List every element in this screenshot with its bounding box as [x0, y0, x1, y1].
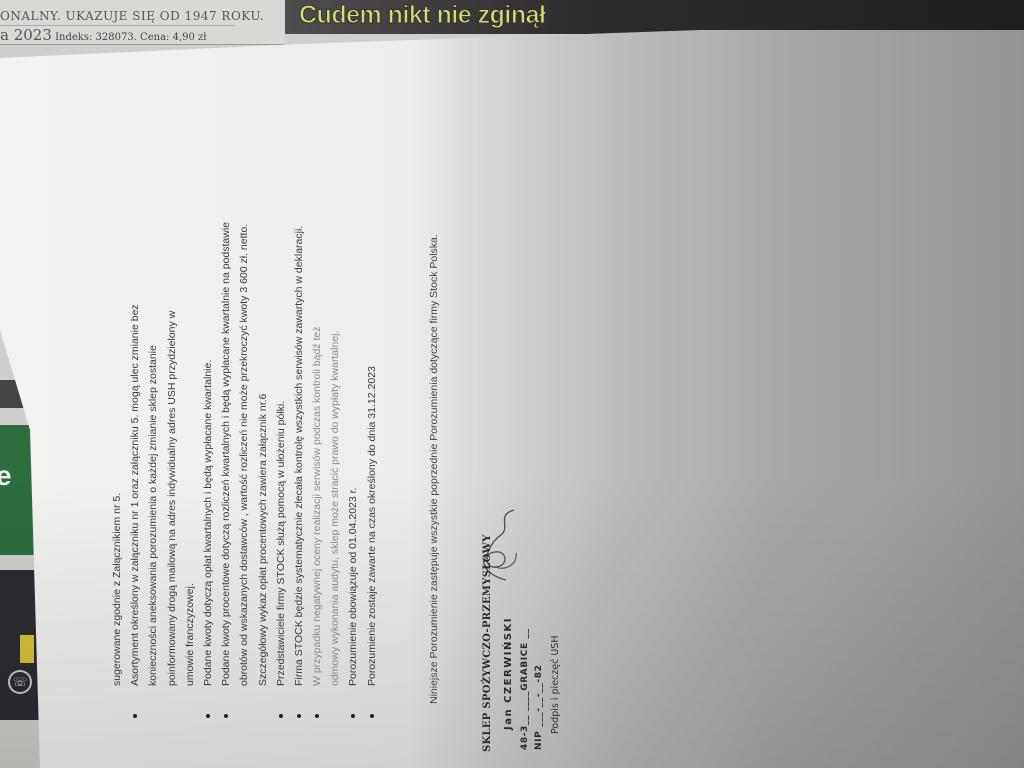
document-line: obrotów od wskazanych dostawców , wartoś…	[235, 80, 253, 700]
document-line: Asortyment określony w załączniku nr 1 o…	[126, 80, 144, 700]
document-line: Porozumienie zostaje zawarte na czas okr…	[363, 80, 381, 700]
document-line: poinformowany drogą mailową na adres ind…	[163, 80, 181, 700]
side-green-text: e	[0, 460, 12, 492]
document-line: odmowy wykonania audytu, sklep może stra…	[326, 80, 344, 700]
document-line: W przypadku negatywnej oceny realizacji …	[308, 80, 326, 700]
document-line: Podane kwoty procentowe dotyczą rozlicze…	[217, 80, 235, 700]
agreement-text: sugerowane zgodnie z Załącznikiem nr 5.A…	[108, 80, 443, 700]
newspaper-tagline: ONALNY. UKAZUJE SIĘ OD 1947 ROKU.	[0, 9, 235, 26]
document-line: Firma STOCK będzie systematycznie zlecał…	[290, 80, 308, 700]
newspaper-year: a 2023	[0, 26, 52, 44]
phone-icon: ☏	[8, 670, 32, 694]
document-line: umowie franczyzowej.	[181, 80, 199, 700]
stamp-owner: Jan CZERWIŃSKI	[500, 534, 518, 752]
stamp-nip: NIP ___-__-__-82	[532, 534, 546, 752]
newspaper-headline: Cudem nikt nie zginął	[299, 1, 545, 30]
newspaper-issue-info: a 2023 Indeks: 328073. Cena: 4,90 zł	[0, 26, 207, 44]
closing-statement: Niniejsze Porozumienie zastępuje wszystk…	[425, 80, 443, 704]
document-line: Przedstawiciele firmy STOCK służą pomocą…	[272, 80, 290, 700]
signature-caption: Podpis i pieczęć USH	[546, 534, 566, 752]
document-line: Szczegółowy wykaz opłat procentowych zaw…	[254, 80, 272, 700]
stamp-company-name: SKLEP SPOŻYWCZO-PRZEMYSŁOWY	[476, 534, 500, 752]
document-line: konieczności aneksowania porozumienia o …	[144, 80, 162, 700]
document-line: sugerowane zgodnie z Załącznikiem nr 5.	[108, 80, 126, 700]
newspaper-masthead: ONALNY. UKAZUJE SIĘ OD 1947 ROKU. a 2023…	[0, 0, 285, 45]
spacer	[381, 80, 425, 700]
document-line: Porozumienie obowiązuje od 01.04.2023 r.	[344, 80, 362, 700]
newspaper-index-price: Indeks: 328073. Cena: 4,90 zł	[55, 32, 206, 43]
newspaper-headline-banner: Cudem nikt nie zginął	[285, 0, 1024, 34]
stamp-address: 48-3__ ____GRABICE __	[518, 534, 532, 752]
document-line: Podane kwoty dotyczą opłat kwartalnych i…	[199, 80, 217, 700]
company-stamp: SKLEP SPOŻYWCZO-PRZEMYSŁOWY Jan CZERWIŃS…	[476, 534, 566, 752]
side-yellow-mark	[20, 635, 34, 663]
